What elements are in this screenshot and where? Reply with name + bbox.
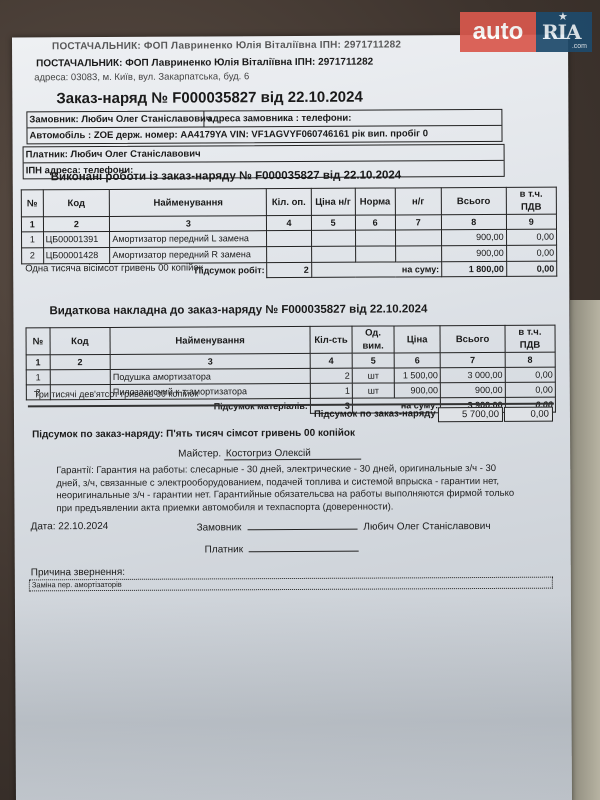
- col-header: №: [21, 190, 43, 217]
- row-price: [311, 230, 355, 246]
- grand-total-value: 5 700,00: [438, 407, 503, 422]
- row-vat: 0,00: [505, 382, 555, 397]
- col-header: Ціна: [394, 326, 440, 353]
- col-header: Всього: [440, 325, 505, 352]
- customer-name: Замовник: Любич Олег Станіславович: [29, 113, 211, 125]
- col-header: в т.ч. ПДВ: [506, 187, 557, 214]
- col-number: 6: [394, 353, 440, 368]
- materials-table: № Код Найменування Кіл-сть Од. вим. Ціна…: [26, 325, 556, 416]
- row-total: 3 000,00: [440, 367, 505, 382]
- col-header: Код: [43, 189, 110, 216]
- row-number: 2: [22, 248, 44, 264]
- row-number: 1: [22, 232, 44, 248]
- row-qty: 1: [310, 383, 352, 398]
- date-line: Дата: 22.10.2024: [31, 521, 109, 532]
- customer-address: адреса замовника : телефони:: [203, 111, 351, 127]
- row-price: [311, 246, 355, 262]
- grand-total-words: Підсумок по заказ-наряду: П'ять тисяч сі…: [32, 428, 355, 441]
- row-qty: 2: [310, 368, 352, 383]
- col-number: 6: [355, 215, 395, 230]
- supplier-address: адреса: 03083, м. Київ, вул. Закарпатськ…: [34, 71, 249, 83]
- watermark-ria: ★ RIA .com: [536, 12, 592, 52]
- row-code: ЦБ00001391: [43, 231, 110, 247]
- customer-signature-name: Любич Олег Станіславович: [363, 521, 490, 533]
- customer-box: Замовник: Любич Олег Станіславович адрес…: [26, 109, 502, 144]
- col-header: Норма: [355, 188, 395, 215]
- col-number: 4: [267, 215, 311, 230]
- col-number: 4: [310, 353, 352, 368]
- col-header: Найменування: [110, 326, 310, 354]
- works-subtotal-vat: 0,00: [506, 261, 556, 276]
- col-number: 9: [506, 214, 556, 229]
- row-nh: [395, 246, 441, 262]
- row-total: 900,00: [441, 229, 506, 245]
- row-qty: [267, 230, 311, 246]
- works-title: Виконані роботи із заказ-наряду № F00003…: [51, 169, 402, 183]
- row-total: 900,00: [442, 245, 507, 261]
- col-number: 3: [110, 216, 267, 232]
- guarantee-text: Гарантії: Гарантия на работы: слесарные …: [56, 463, 516, 515]
- col-header: Ціна н/г: [311, 188, 355, 215]
- col-header: Всього: [441, 187, 506, 214]
- col-header: Кіл. оп.: [267, 188, 311, 215]
- row-unit: шт: [352, 383, 394, 398]
- col-header: Од. вим.: [352, 326, 394, 353]
- row-price: 900,00: [394, 383, 440, 398]
- row-vat: 0,00: [506, 229, 556, 245]
- col-number: 8: [441, 214, 506, 229]
- row-code: [50, 369, 111, 384]
- watermark-com: .com: [572, 43, 587, 50]
- col-number: 8: [505, 352, 555, 367]
- faded-header-line: ПОСТАЧАЛЬНИК: ФОП Лавриненко Юлія Віталі…: [52, 39, 401, 52]
- master-label: Майстер.: [178, 448, 221, 459]
- row-norm: [355, 230, 395, 246]
- car-info: Автомобіль : ZOE держ. номер: AA4179YA V…: [29, 128, 428, 141]
- background-tiles: [570, 300, 600, 800]
- row-vat: 0,00: [506, 245, 556, 261]
- col-number: 2: [43, 216, 110, 231]
- row-price: 1 500,00: [394, 368, 440, 383]
- works-subtotal-qty: 2: [267, 262, 311, 277]
- col-header: Найменування: [110, 189, 267, 217]
- row-number: 1: [26, 370, 50, 385]
- works-sum-label: на суму:: [311, 262, 441, 278]
- signature-line: [249, 542, 359, 553]
- row-qty: [267, 246, 311, 262]
- row-nh: [395, 230, 441, 246]
- col-number: 3: [110, 353, 310, 369]
- customer-signature: ЗамовникЛюбич Олег Станіславович: [197, 519, 491, 534]
- col-number: 1: [26, 355, 50, 370]
- watermark-auto: auto: [460, 12, 536, 52]
- work-order-document: ПОСТАЧАЛЬНИК: ФОП Лавриненко Юлія Віталі…: [12, 35, 572, 800]
- car-row: Автомобіль : ZOE держ. номер: AA4179YA V…: [27, 126, 501, 143]
- materials-title: Видаткова накладна до заказ-наряду № F00…: [49, 303, 427, 317]
- materials-header-row: № Код Найменування Кіл-сть Од. вим. Ціна…: [26, 325, 555, 355]
- col-header: Кіл-сть: [310, 326, 352, 353]
- reason-text: Заміна пер. амортізаторів: [29, 577, 553, 592]
- customer-signature-label: Замовник: [197, 522, 242, 533]
- col-number: 1: [21, 217, 43, 232]
- row-total: 900,00: [440, 382, 505, 397]
- col-header: н/г: [395, 188, 441, 215]
- autoria-watermark: auto ★ RIA .com: [460, 12, 592, 52]
- works-total-words: Одна тисяча вісімсот гривень 00 копійок: [25, 262, 203, 274]
- watermark-ria-text: RIA: [542, 20, 581, 44]
- col-number: 5: [352, 353, 394, 368]
- row-name: Амортизатор передний L замена: [110, 231, 267, 248]
- row-vat: 0,00: [505, 367, 555, 382]
- row-code: ЦБ00001428: [43, 247, 110, 263]
- row-name: Подушка амортизатора: [110, 368, 310, 384]
- row-name: Амортизатор передний R замена: [110, 247, 267, 264]
- col-number: 7: [395, 215, 441, 230]
- grand-total-vat: 0,00: [504, 407, 553, 422]
- supplier-line: ПОСТАЧАЛЬНИК: ФОП Лавриненко Юлія Віталі…: [36, 57, 373, 70]
- col-number: 5: [311, 215, 355, 230]
- signature-line: [247, 520, 357, 531]
- works-header-row: № Код Найменування Кіл. оп. Ціна н/г Нор…: [21, 187, 556, 217]
- payer-signature: Платник: [205, 542, 366, 556]
- master-name: Костогриз Олексій: [224, 448, 361, 461]
- master-line: Майстер. Костогриз Олексій: [178, 448, 361, 461]
- col-header: в т.ч. ПДВ: [505, 325, 555, 352]
- col-header: №: [26, 328, 50, 355]
- row-unit: шт: [352, 368, 394, 383]
- col-number: 2: [50, 354, 111, 369]
- row-norm: [355, 246, 395, 262]
- reason-label: Причина звернення:: [31, 567, 125, 578]
- payer-signature-label: Платник: [205, 544, 243, 555]
- col-number: 7: [440, 352, 505, 367]
- col-header: Код: [50, 327, 111, 354]
- grand-total-label: Підсумок по заказ-наряду :: [314, 408, 442, 420]
- document-title: Заказ-наряд № F000035827 від 22.10.2024: [56, 89, 363, 108]
- materials-total-words: Три тисячі дев'ятсот гривень 00 копійок: [34, 388, 199, 399]
- works-subtotal-total: 1 800,00: [442, 261, 507, 276]
- payer-name: Платник: Любич Олег Станіславович: [26, 148, 201, 160]
